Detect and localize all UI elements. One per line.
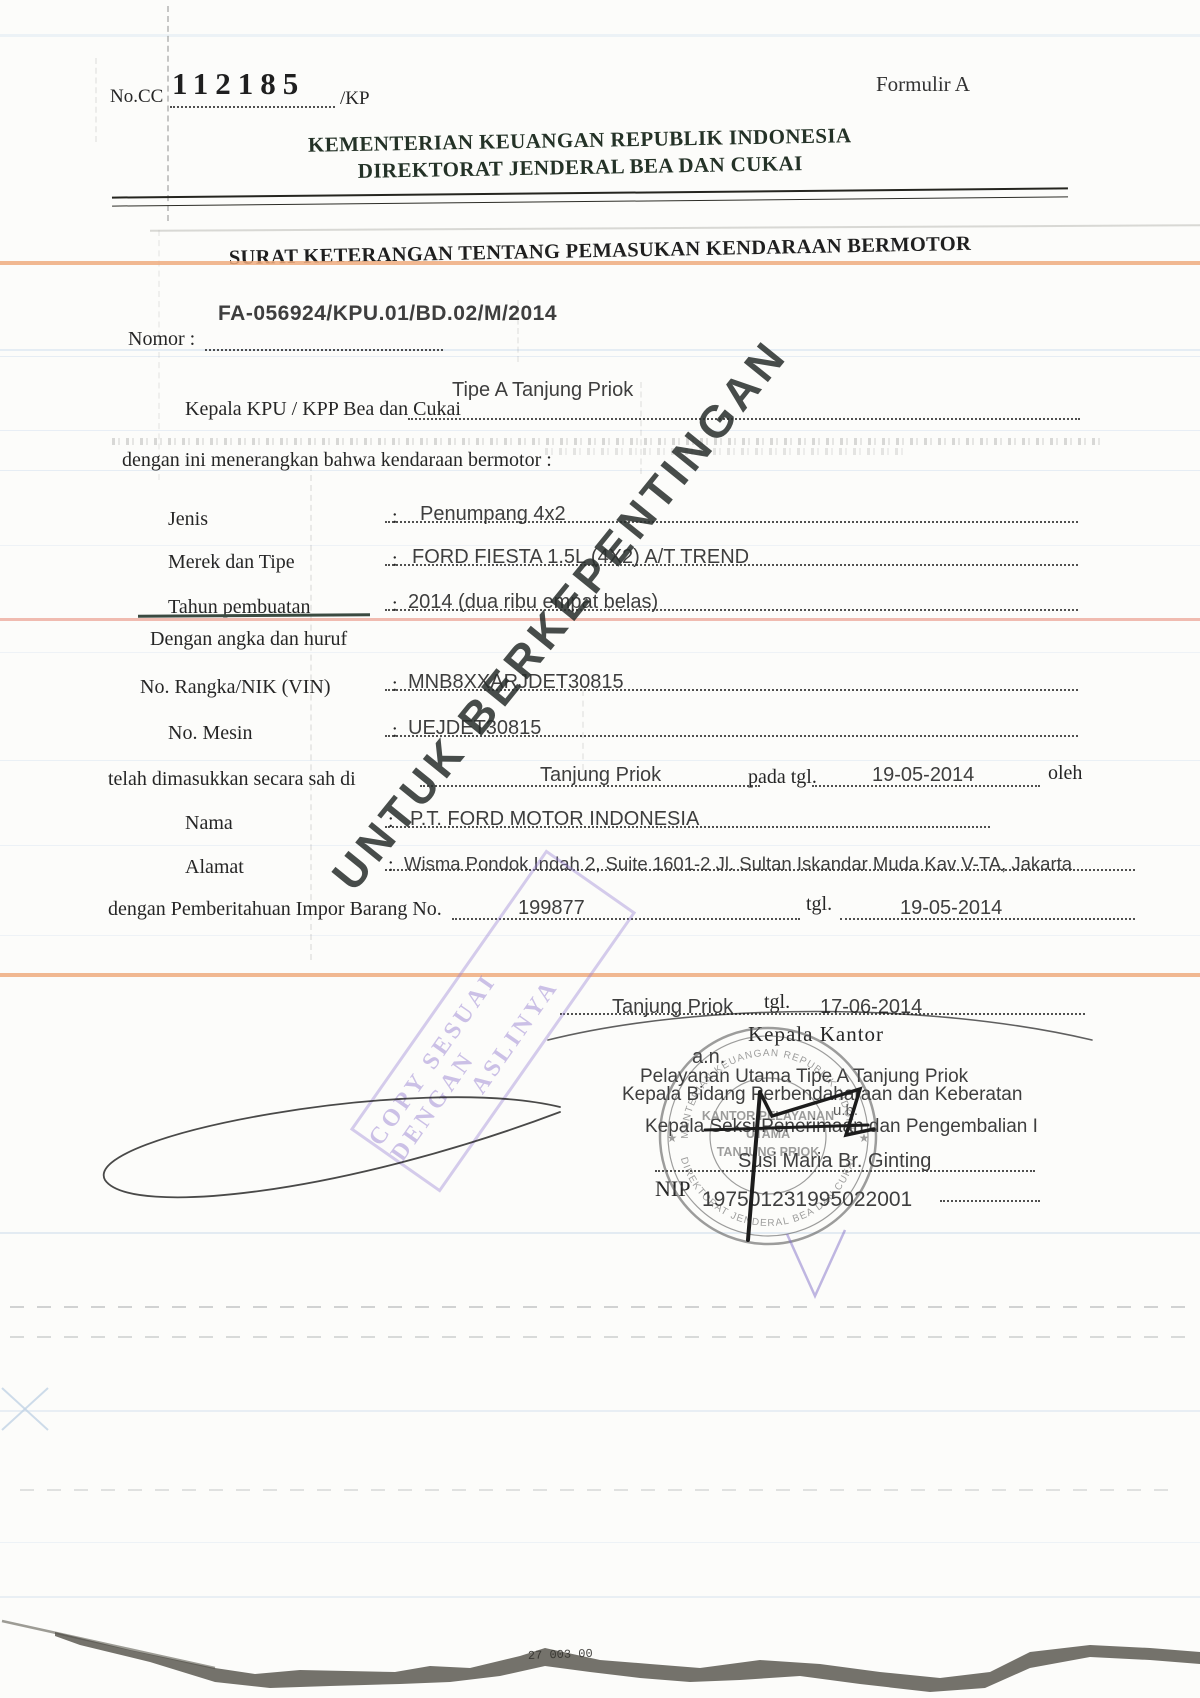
field-colon: :: [392, 720, 398, 743]
scan-artifact-line: [150, 224, 1200, 231]
entry-date: 19-05-2014: [872, 764, 974, 787]
kepala-kpu-value: Tipe A Tanjung Priok: [452, 379, 633, 402]
alamat-label: Alamat: [185, 856, 244, 879]
dotted-line: [385, 826, 990, 828]
statement-line: dengan ini menerangkan bahwa kendaraan b…: [122, 449, 552, 472]
scan-edge-artifact-band: 27 003 00: [0, 1615, 1200, 1698]
entry-place: Tanjung Priok: [540, 764, 661, 787]
scan-artifact-line: [0, 1410, 1200, 1412]
scan-edge-artifact-text: 27 003 00: [528, 1647, 593, 1663]
pib-label: dengan Pemberitahuan Impor Barang No.: [108, 898, 442, 921]
field-label-jenis: Jenis: [168, 508, 208, 531]
scan-artifact-line: [20, 1489, 1180, 1491]
ministry-header: KEMENTERIAN KEUANGAN REPUBLIK INDONESIA …: [180, 120, 981, 188]
signature-strokes: [60, 975, 1120, 1285]
field-colon: :: [392, 674, 398, 697]
pib-tgl-label: tgl.: [806, 893, 832, 916]
nomor-value: FA-056924/KPU.01/BD.02/M/2014: [218, 302, 557, 326]
dotted-line: [408, 418, 1080, 420]
document-title: SURAT KETERANGAN TENTANG PEMASUKAN KENDA…: [100, 230, 1100, 272]
scan-artifact-line: [0, 845, 1200, 846]
no-cc-label: No.CC: [110, 86, 163, 108]
dotted-line: [385, 609, 1078, 611]
dotted-line: [385, 689, 1078, 691]
no-cc-number: 112185: [172, 66, 305, 102]
formulir-a-label: Formulir A: [876, 72, 970, 97]
nama-label: Nama: [185, 812, 233, 835]
scan-artifact-fold-line: [167, 6, 169, 221]
field-colon: :: [392, 549, 398, 572]
scan-artifact-fold-line: [310, 455, 312, 960]
entry-suffix: oleh: [1048, 762, 1082, 785]
blue-scribble-mark: [0, 1380, 55, 1435]
scan-artifact-line: [0, 430, 1200, 431]
scan-artifact-fold-line: [95, 58, 97, 142]
scanned-document-page: No.CC 112185 /KP Formulir A KEMENTERIAN …: [0, 0, 1200, 1698]
scan-noise-band: [112, 438, 1100, 445]
dotted-line: [385, 869, 1135, 871]
dotted-line: [385, 735, 1078, 737]
scan-artifact-fold-line: [640, 382, 642, 474]
dotted-line: [170, 106, 335, 108]
field-sublabel-tahun: Dengan angka dan huruf: [150, 628, 347, 651]
scan-noise-band: [545, 448, 905, 455]
scan-artifact-line: [0, 652, 1200, 653]
field-colon: :: [392, 594, 398, 617]
nomor-label: Nomor :: [128, 328, 195, 351]
pib-date: 19-05-2014: [900, 897, 1002, 920]
scan-artifact-line: [0, 1596, 1200, 1598]
entry-tgl-label: pada tgl.: [748, 766, 817, 789]
header-double-rule: [112, 187, 1068, 206]
dotted-line: [205, 349, 443, 351]
scan-artifact-line: [10, 1306, 1195, 1308]
dotted-line: [385, 564, 1078, 566]
entry-prefix: telah dimasukkan secara sah di: [108, 768, 356, 791]
scan-artifact-line: [0, 1542, 1200, 1543]
no-cc-suffix: /KP: [340, 88, 370, 110]
field-label-mesin: No. Mesin: [168, 722, 252, 745]
field-label-tahun: Tahun pembuatan: [168, 596, 310, 619]
field-colon: :: [388, 810, 394, 833]
scan-artifact-line: [0, 34, 1200, 37]
alamat-value: Wisma Pondok Indah 2, Suite 1601-2 Jl. S…: [404, 853, 1072, 875]
field-label-merek: Merek dan Tipe: [168, 551, 295, 574]
dotted-line: [385, 521, 1078, 523]
scan-artifact-line: [10, 1336, 1195, 1338]
field-label-vin: No. Rangka/NIK (VIN): [140, 676, 331, 699]
scan-artifact-line: [0, 760, 1200, 761]
scan-artifact-line: [0, 356, 1200, 357]
scan-artifact-fold-line: [582, 690, 584, 770]
field-colon: :: [392, 506, 398, 529]
field-colon: :: [388, 854, 394, 877]
